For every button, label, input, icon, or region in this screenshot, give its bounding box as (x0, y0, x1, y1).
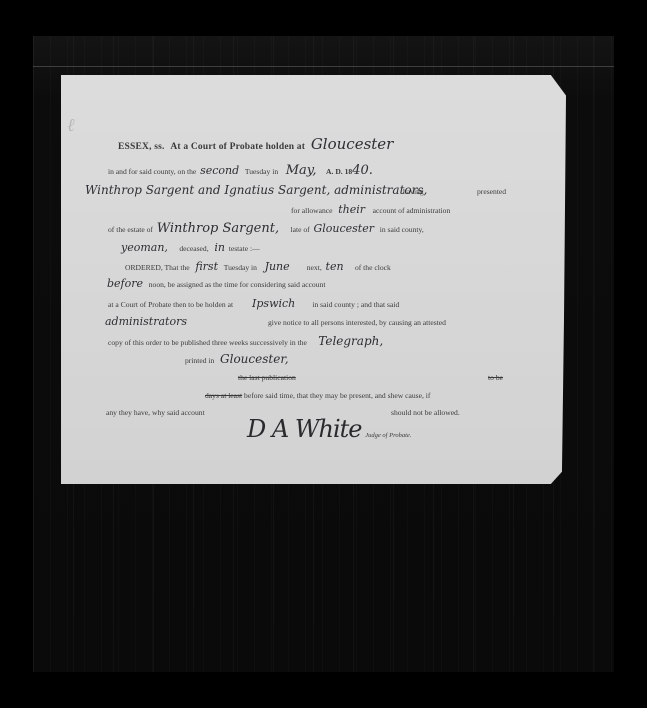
judge-signature: D A White (247, 415, 361, 443)
allowance-line: for allowance their account of administr… (291, 203, 450, 216)
deceased-text: deceased, (179, 244, 208, 253)
notice-line: administrators give notice to all person… (105, 315, 187, 328)
date-month: May, (286, 163, 317, 178)
struck-to-be: to be (488, 373, 503, 382)
ordered-line: ORDERED, That the first Tuesday in June … (125, 260, 391, 273)
court-then-prefix: at a Court of Probate then to be holden … (108, 300, 233, 309)
ordered-prefix: ORDERED, That the (125, 263, 190, 272)
county-label: ESSEX, ss. (118, 142, 165, 152)
date-ordinal: second (200, 164, 239, 177)
testate-text: testate :— (229, 244, 260, 253)
allowance-prefix: for allowance (291, 206, 333, 215)
publication-prefix: copy of this order to be published three… (108, 338, 307, 347)
ordered-weekday: Tuesday in (224, 263, 257, 272)
administrators-line: Winthrop Sargent and Ignatius Sargent, a… (85, 183, 495, 197)
presented-text: presented (477, 187, 506, 196)
ordered-ordinal: first (195, 260, 218, 273)
ordered-hour: ten (326, 260, 344, 273)
newspaper-name: Telegraph, (318, 334, 383, 348)
administrators-names: Winthrop Sargent and Ignatius Sargent, a… (85, 183, 427, 197)
date-prefix: in and for said county, on the (108, 167, 196, 176)
printed-in-prefix: printed in (185, 356, 214, 365)
occupation: yeoman, (121, 241, 168, 254)
date-line: in and for said county, on the second Tu… (108, 163, 373, 178)
before-said-time-line: days at least before said time, that the… (205, 391, 430, 400)
ordered-next: next, (307, 263, 322, 272)
show-cause-prefix: any they have, why said account (106, 408, 205, 417)
estate-prefix: of the estate of (108, 225, 153, 234)
before-noon-suffix: noon, be assigned as the time for consid… (149, 280, 326, 289)
estate-line: of the estate of Winthrop Sargent, late … (108, 221, 424, 236)
before-said-time-text: before said time, that they may be prese… (244, 391, 430, 400)
estate-suffix: in said county, (380, 225, 424, 234)
testacy: in (214, 241, 225, 254)
ordered-month: June (265, 260, 290, 273)
struck-days-at-least: days at least (205, 391, 242, 400)
notice-suffix: give notice to all persons interested, b… (268, 318, 446, 327)
struck-last-publication: the last publication (238, 373, 296, 382)
ordered-suffix: of the clock (355, 263, 391, 272)
court-location-line: at a Court of Probate then to be holden … (108, 297, 399, 310)
heading-line: ESSEX, ss. At a Court of Probate holden … (118, 135, 393, 153)
court-location: Glouc​ester (311, 135, 394, 153)
residence: Gloucester (313, 222, 374, 235)
publication-line: copy of this order to be published three… (108, 334, 383, 348)
date-weekday: Tuesday in (245, 167, 278, 176)
margin-pencil-mark: ℓ (67, 115, 81, 155)
before-noon: before (107, 277, 143, 290)
court-prefix: At a Court of Probate holden at (170, 142, 305, 152)
notice-party: administrators (105, 315, 187, 328)
late-of-text: late of (290, 225, 309, 234)
before-noon-line: before noon, be assigned as the time for… (107, 277, 325, 290)
printed-in-city: Gloucester, (220, 352, 289, 366)
court-then-location: Ipswich (252, 297, 295, 310)
date-year-prefix: A. D. 18 (326, 167, 352, 176)
probate-document: ℓ ESSEX, ss. At a Court of Probate holde… (61, 75, 566, 484)
court-then-suffix: in said county ; and that said (312, 300, 399, 309)
having-text: having (403, 187, 424, 196)
date-year-suffix: 40. (352, 163, 373, 178)
judge-title: Judge of Probate. (365, 432, 411, 439)
signature-block: D A White Judge of Probate. (247, 415, 411, 443)
deceased-name: Winthrop Sargent, (157, 221, 279, 236)
occupation-line: yeoman, deceased, in testate :— (121, 241, 260, 254)
allowance-pronoun: their (338, 203, 365, 216)
printed-in-line: printed in Gloucester, (185, 352, 289, 366)
allowance-suffix: account of administration (373, 206, 451, 215)
struck-publication-line: the last publication to be (238, 373, 503, 382)
